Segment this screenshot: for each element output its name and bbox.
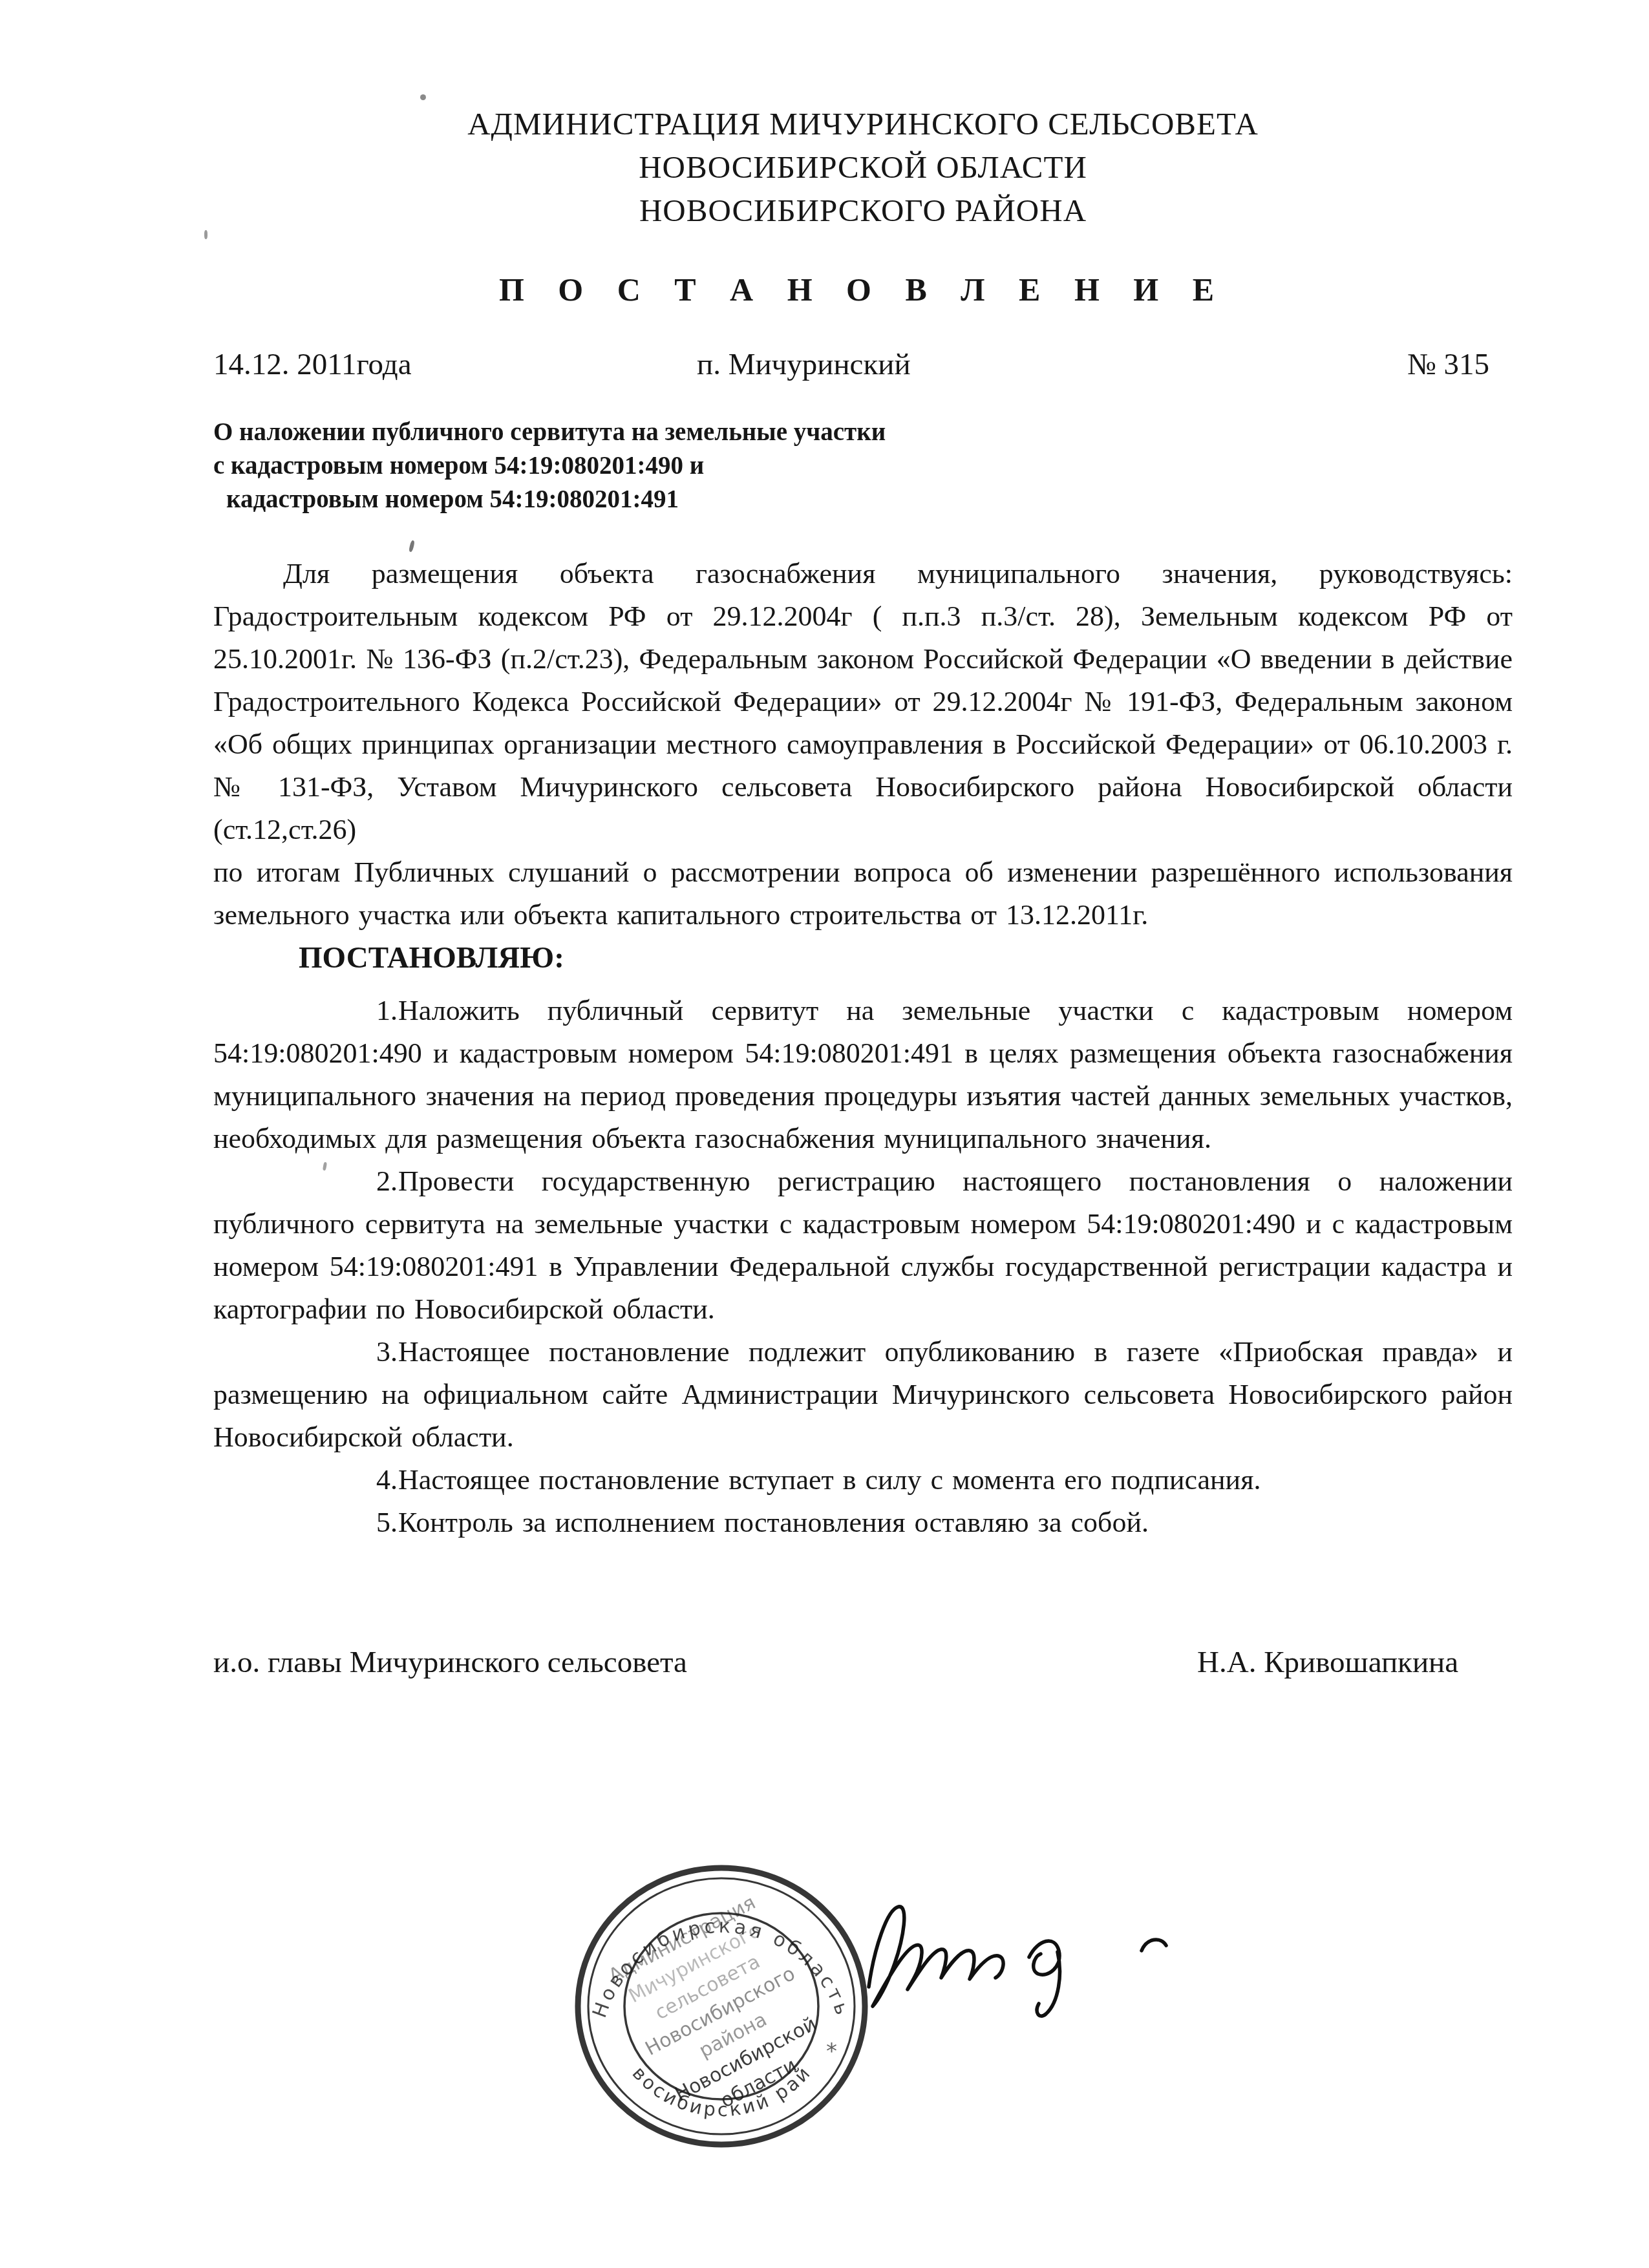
item-number: 5. <box>295 1501 398 1544</box>
item-number: 4. <box>295 1459 398 1501</box>
subject-line-1: О наложении публичного сервитута на земе… <box>213 416 1513 449</box>
item-text: Провести государственную регистрацию нас… <box>213 1165 1513 1325</box>
document-number: № 315 <box>1407 343 1489 386</box>
item-text: Наложить публичный сервитут на земельные… <box>213 995 1513 1154</box>
scan-speck <box>409 540 415 553</box>
signature-row: и.о. главы Мичуринского сельсовета Н.А. … <box>213 1641 1513 1684</box>
item-text: Настоящее постановление подлежит опублик… <box>213 1336 1513 1453</box>
resolution-item-5: 5.Контроль за исполнением постановления … <box>213 1501 1513 1544</box>
resolution-item-1: 1.Наложить публичный сервитут на земельн… <box>213 990 1513 1160</box>
meta-row: 14.12. 2011года п. Мичуринский № 315 <box>213 343 1513 386</box>
resolution-item-2: 2.Провести государственную регистрацию н… <box>213 1160 1513 1331</box>
letterhead: АДМИНИСТРАЦИЯ МИЧУРИНСКОГО СЕЛЬСОВЕТА НО… <box>213 102 1513 232</box>
signer-position: и.о. главы Мичуринского сельсовета <box>213 1646 687 1679</box>
subject-block: О наложении публичного сервитута на земе… <box>213 416 1513 516</box>
item-text: Контроль за исполнением постановления ос… <box>398 1507 1149 1538</box>
preamble-paragraph: Для размещения объекта газоснабжения мун… <box>213 553 1513 851</box>
item-number: 3. <box>295 1331 398 1373</box>
letterhead-line-3: НОВОСИБИРСКОГО РАЙОНА <box>213 189 1513 232</box>
scan-speck <box>204 230 207 239</box>
signer-name: Н.А. Кривошапкина <box>1197 1641 1458 1684</box>
item-number: 2. <box>295 1160 398 1203</box>
resolution-heading: ПОСТАНОВЛЯЮ: <box>213 937 1513 979</box>
item-number: 1. <box>295 990 398 1032</box>
letterhead-line-2: НОВОСИБИРСКОЙ ОБЛАСТИ <box>213 145 1513 189</box>
document-place: п. Мичуринский <box>697 343 911 386</box>
resolution-item-4: 4.Настоящее постановление вступает в сил… <box>213 1459 1513 1501</box>
preamble-continuation: по итогам Публичных слушаний о рассмотре… <box>213 851 1513 937</box>
document-type-title: П О С Т А Н О В Л Е Н И Е <box>213 268 1513 311</box>
letterhead-line-1: АДМИНИСТРАЦИЯ МИЧУРИНСКОГО СЕЛЬСОВЕТА <box>213 102 1513 145</box>
signature-scribble <box>840 1873 1202 2048</box>
official-stamp: Новосибирская область Новосибирский райо… <box>568 1856 878 2160</box>
scan-speck <box>420 94 426 100</box>
document-page: АДМИНИСТРАЦИЯ МИЧУРИНСКОГО СЕЛЬСОВЕТА НО… <box>0 0 1649 2268</box>
resolution-item-3: 3.Настоящее постановление подлежит опубл… <box>213 1331 1513 1459</box>
item-text: Настоящее постановление вступает в силу … <box>398 1464 1261 1496</box>
subject-line-2: с кадастровым номером 54:19:080201:490 и <box>213 449 1513 483</box>
document-date: 14.12. 2011года <box>213 348 412 381</box>
subject-line-3: кадастровым номером 54:19:080201:491 <box>213 483 1513 516</box>
stamp-star: * <box>826 2039 837 2064</box>
